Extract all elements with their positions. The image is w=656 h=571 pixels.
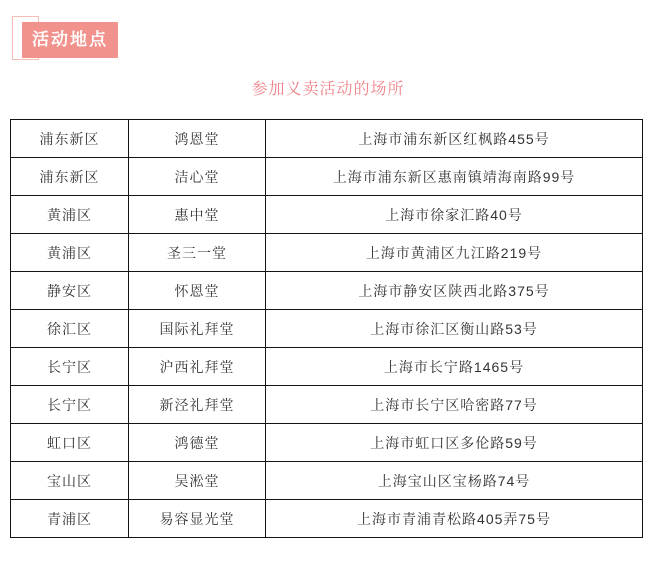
table-row: 静安区 怀恩堂 上海市静安区陕西北路375号 xyxy=(11,272,643,310)
district-cell: 长宁区 xyxy=(11,386,129,424)
venue-cell: 沪西礼拜堂 xyxy=(129,348,266,386)
address-cell: 上海市黄浦区九江路219号 xyxy=(266,234,643,272)
address-cell: 上海市浦东新区惠南镇靖海南路99号 xyxy=(266,158,643,196)
venue-cell: 易容显光堂 xyxy=(129,500,266,538)
address-cell: 上海市长宁区哈密路77号 xyxy=(266,386,643,424)
table-title: 参加义卖活动的场所 xyxy=(0,76,656,99)
district-cell: 黄浦区 xyxy=(11,196,129,234)
venue-cell: 吴淞堂 xyxy=(129,462,266,500)
district-cell: 黄浦区 xyxy=(11,234,129,272)
venue-cell: 鸿德堂 xyxy=(129,424,266,462)
venue-cell: 圣三一堂 xyxy=(129,234,266,272)
address-cell: 上海市徐家汇路40号 xyxy=(266,196,643,234)
table-row: 浦东新区 洁心堂 上海市浦东新区惠南镇靖海南路99号 xyxy=(11,158,643,196)
venue-cell: 怀恩堂 xyxy=(129,272,266,310)
venue-cell: 鸿恩堂 xyxy=(129,120,266,158)
venues-table: 浦东新区 鸿恩堂 上海市浦东新区红枫路455号 浦东新区 洁心堂 上海市浦东新区… xyxy=(10,119,643,538)
table-row: 徐汇区 国际礼拜堂 上海市徐汇区衡山路53号 xyxy=(11,310,643,348)
address-cell: 上海市长宁路1465号 xyxy=(266,348,643,386)
address-cell: 上海市青浦青松路405弄75号 xyxy=(266,500,643,538)
table-row: 黄浦区 圣三一堂 上海市黄浦区九江路219号 xyxy=(11,234,643,272)
table-row: 长宁区 沪西礼拜堂 上海市长宁路1465号 xyxy=(11,348,643,386)
district-cell: 虹口区 xyxy=(11,424,129,462)
district-cell: 徐汇区 xyxy=(11,310,129,348)
section-badge: 活动地点 xyxy=(0,0,140,70)
section-badge-label: 活动地点 xyxy=(22,22,118,58)
venue-cell: 国际礼拜堂 xyxy=(129,310,266,348)
table-row: 虹口区 鸿德堂 上海市虹口区多伦路59号 xyxy=(11,424,643,462)
table-row: 黄浦区 惠中堂 上海市徐家汇路40号 xyxy=(11,196,643,234)
district-cell: 浦东新区 xyxy=(11,120,129,158)
document-page: 活动地点 参加义卖活动的场所 浦东新区 鸿恩堂 上海市浦东新区红枫路455号 浦… xyxy=(0,0,656,571)
address-cell: 上海市虹口区多伦路59号 xyxy=(266,424,643,462)
address-cell: 上海市徐汇区衡山路53号 xyxy=(266,310,643,348)
address-cell: 上海宝山区宝杨路74号 xyxy=(266,462,643,500)
venue-cell: 洁心堂 xyxy=(129,158,266,196)
district-cell: 青浦区 xyxy=(11,500,129,538)
district-cell: 宝山区 xyxy=(11,462,129,500)
address-cell: 上海市浦东新区红枫路455号 xyxy=(266,120,643,158)
table-row: 长宁区 新泾礼拜堂 上海市长宁区哈密路77号 xyxy=(11,386,643,424)
table-row: 浦东新区 鸿恩堂 上海市浦东新区红枫路455号 xyxy=(11,120,643,158)
district-cell: 浦东新区 xyxy=(11,158,129,196)
table-row: 宝山区 吴淞堂 上海宝山区宝杨路74号 xyxy=(11,462,643,500)
table-row: 青浦区 易容显光堂 上海市青浦青松路405弄75号 xyxy=(11,500,643,538)
address-cell: 上海市静安区陕西北路375号 xyxy=(266,272,643,310)
district-cell: 静安区 xyxy=(11,272,129,310)
venue-cell: 惠中堂 xyxy=(129,196,266,234)
venue-cell: 新泾礼拜堂 xyxy=(129,386,266,424)
district-cell: 长宁区 xyxy=(11,348,129,386)
